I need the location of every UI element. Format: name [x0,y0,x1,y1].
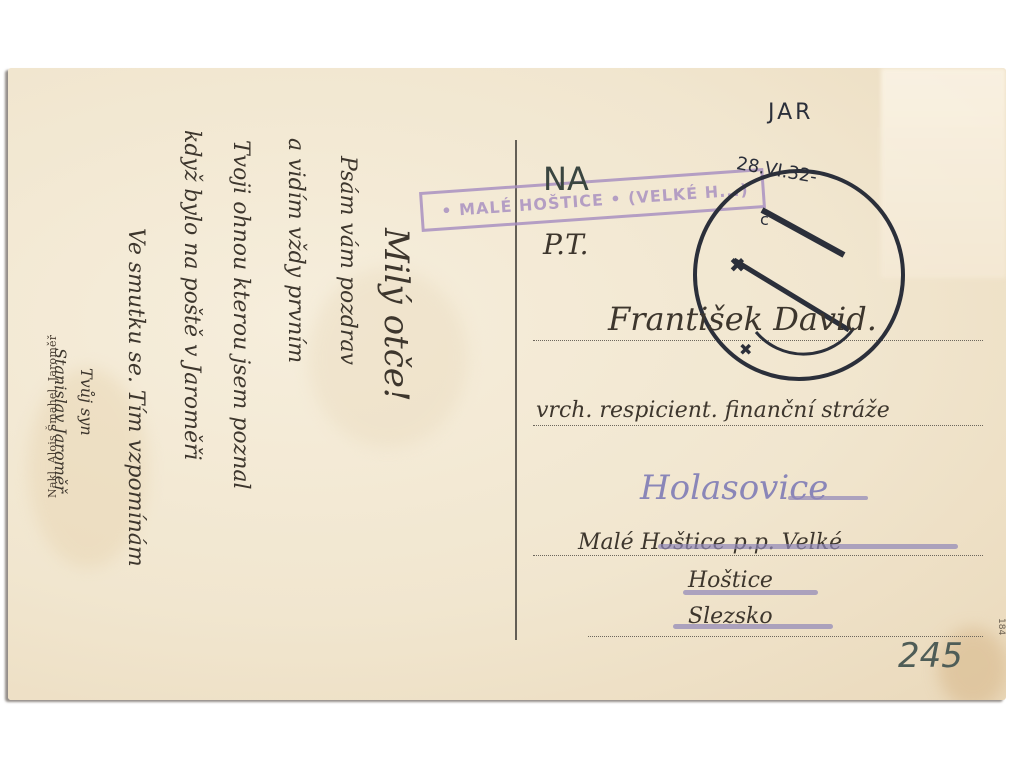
old-address-line-1: Malé Hoštice p.p. Velké [578,530,842,555]
catalog-number: 245 [898,636,963,676]
address-line-2 [533,425,983,426]
salutation: Milý otče! [376,228,416,402]
crossout-line-2 [683,590,818,595]
address-line-3 [533,555,983,556]
na-annotation: NA [543,160,589,198]
postcard: Nakl. Alois Šmahel, Jaroměř Milý otče! P… [8,68,1006,700]
postmark-town: JAR [768,100,813,125]
svg-text:✖: ✖ [729,253,746,277]
prefix-pt: P.T. [543,228,589,261]
crossout-line-1 [658,544,958,549]
pencil-underline [788,496,868,500]
message-line-2: a vidím vždy prvním [283,138,308,363]
new-town: Holasovice [640,468,828,508]
postmark-letter: c [760,210,769,229]
message-line-3: Tvoji ohnou kterou jsem poznal [228,140,253,490]
message-line-4: když bylo na poště v Jaroměři [179,130,204,461]
crossout-line-3 [673,624,833,629]
message-line-5: Ve smutku se. Tím vzpomínám [123,228,148,567]
print-code: 184 [996,618,1006,635]
signature: Stanislav Jaroměř [51,348,70,493]
recipient-title: vrch. respicient. finanční stráže [536,398,890,423]
svg-text:✖: ✖ [739,340,752,359]
postmark-icon: ✖ ✖ [684,160,914,390]
message-line-1: Psám vám pozdrav [335,156,360,365]
message-line-6: Tvůj syn [77,368,96,436]
recipient-name: František David. [608,300,877,338]
